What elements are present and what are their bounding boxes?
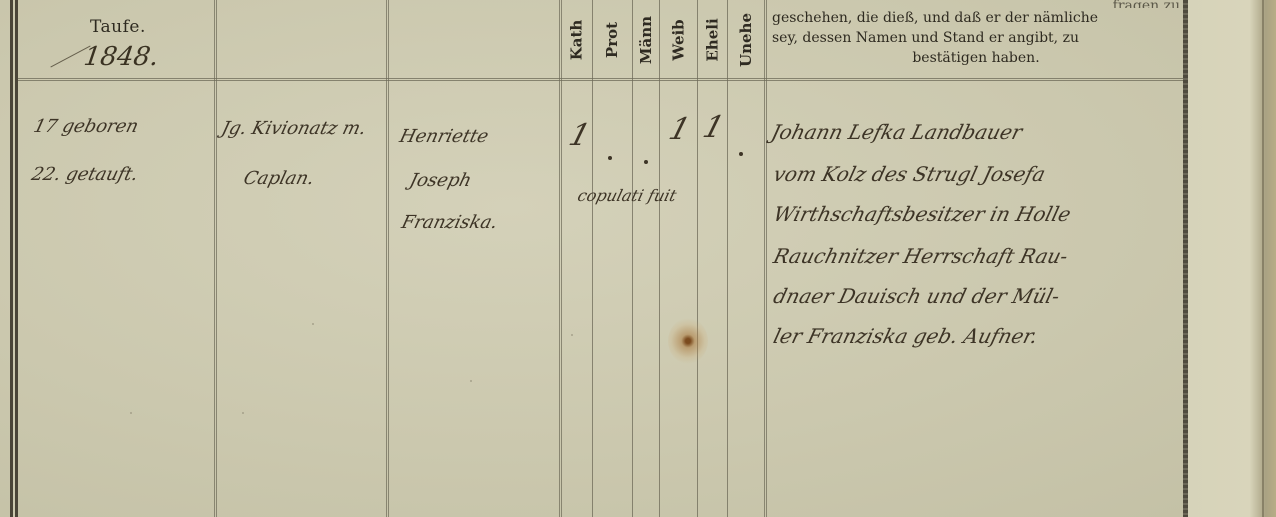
paper-speck: [470, 380, 472, 382]
paper-speck: [130, 412, 132, 414]
entry-child-name-2: Joseph: [407, 170, 473, 191]
entry-officiant-name: Jg. Kivionatz m.: [219, 118, 368, 139]
header-ehelich: Eheli: [698, 4, 727, 76]
page-edge: [1262, 0, 1264, 517]
header-taufe-label: Taufe.: [90, 17, 146, 37]
mark-weiblich: 1: [665, 112, 694, 147]
header-year: 1848.: [82, 42, 161, 72]
remarks-line-6: ler Franziska geb. Aufner.: [771, 324, 1040, 348]
printed-note-line-3: bestätigen haben.: [772, 48, 1180, 68]
entry-child-name-3: Franziska.: [399, 212, 500, 233]
printed-note-cutoff: fragen zu: [772, 0, 1180, 8]
printed-note-line-1: geschehen, die dieß, und daß er der näml…: [772, 8, 1180, 28]
mark-unehelich: [739, 152, 743, 156]
header-printed-note: fragen zu geschehen, die dieß, und daß e…: [772, 0, 1180, 68]
foxing-stain: [668, 318, 708, 364]
mark-protestantisch: [608, 156, 612, 160]
header-weiblich: Weib: [660, 4, 697, 76]
remarks-line-3: Wirthschaftsbesitzer in Holle: [771, 202, 1073, 226]
mark-maennlich: [644, 160, 648, 164]
entry-child-name-1: Henriette: [397, 126, 490, 147]
header-bottom-rule: [18, 78, 1183, 81]
remarks-line-1: Johann Lefka Landbauer: [769, 120, 1025, 144]
entry-birth-date: 17 geboren: [31, 116, 140, 137]
remarks-line-5: dnaer Dauisch und der Mül-: [771, 284, 1062, 308]
entry-officiant-title: Caplan.: [241, 168, 316, 189]
entry-copulati-note: copulati fuit: [576, 186, 679, 205]
header-protestantisch: Prot: [593, 4, 632, 76]
header-unehelich: Unehe: [728, 4, 764, 76]
remarks-line-2: vom Kolz des Strugl Josefa: [771, 162, 1048, 186]
printed-note-line-2: sey, dessen Namen und Stand er angibt, z…: [772, 28, 1180, 48]
register-page: Taufe. 1848. Kath Prot Männ Weib Eheli U…: [0, 0, 1276, 517]
paper-speck: [242, 412, 244, 414]
entry-baptism-date: 22. getauft.: [29, 164, 140, 185]
mark-katholisch: 1: [565, 118, 594, 153]
remarks-line-4: Rauchnitzer Herrschaft Rau-: [771, 244, 1071, 268]
header-katholisch: Kath: [561, 4, 592, 76]
paper-speck: [312, 323, 314, 325]
left-border-rule: [10, 0, 18, 517]
header-maennlich: Männ: [633, 4, 659, 76]
paper-speck: [571, 334, 573, 336]
mark-ehelich: 1: [699, 110, 728, 145]
